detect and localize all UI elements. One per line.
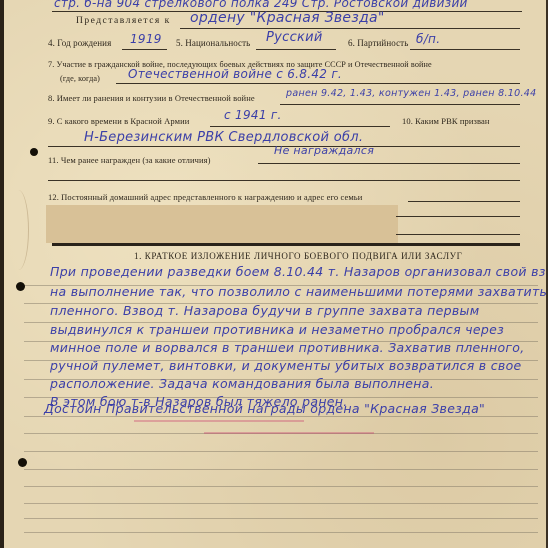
narrative-line: расположение. Задача командования была в… (50, 376, 434, 391)
prior-awards-underline-2 (48, 180, 520, 181)
presented-label: Представляется к (76, 16, 171, 26)
fold-stain (8, 190, 29, 270)
red-army-since-label: 9. С какого времени в Красной Армии (48, 116, 189, 126)
presented-value: ордену "Красная Звезда" (190, 10, 385, 26)
red-army-since-value: с 1941 г. (224, 108, 282, 122)
draft-office-label: 10. Каким РВК призван (402, 116, 489, 126)
birth-year-label: 4. Год рождения (48, 38, 111, 48)
unit-line-handwritten: стр. б-на 904 стрелкового полка 249 Стр.… (54, 0, 468, 10)
war-participation-value: Отечественной войне с 6.8.42 г. (128, 67, 342, 81)
nationality-value: Русский (266, 30, 323, 45)
party-value: б/п. (416, 32, 440, 46)
punch-hole (30, 148, 38, 156)
section-title: 1. КРАТКОЕ ИЗЛОЖЕНИЕ ЛИЧНОГО БОЕВОГО ПОД… (134, 251, 462, 261)
war-participation-sublabel: (где, когда) (60, 74, 100, 83)
party-label: 6. Партийность (348, 38, 408, 48)
narrative-line: выдвинулся к траншеи противника и незаме… (50, 322, 504, 337)
ruled-line (24, 518, 538, 519)
wounds-label: 8. Имеет ли ранения и контузии в Отечест… (48, 93, 255, 103)
ruled-line (24, 503, 538, 504)
narrative-line: При проведении разведки боем 8.10.44 т. … (50, 264, 548, 279)
stamp-trace (204, 432, 374, 434)
birth-year-underline (122, 49, 167, 50)
ruled-line (24, 532, 538, 533)
prior-awards-label: 11. Чем ранее награжден (за какие отличи… (48, 155, 211, 165)
prior-awards-underline (258, 163, 520, 164)
punch-hole (16, 282, 25, 291)
home-address-label: 12. Постоянный домашний адрес представле… (48, 192, 362, 202)
narrative-line: пленного. Взвод т. Назарова будучи в гру… (50, 303, 479, 318)
ruled-line (24, 486, 538, 487)
narrative-line: ручной пулемет, винтовки, и документы уб… (50, 358, 522, 373)
home-address-underline-2 (396, 216, 520, 217)
stamp-trace (134, 420, 304, 422)
draft-office-value: Н-Березинским РВК Свердловской обл. (84, 130, 363, 145)
narrative-line-conclusion: Достоин Правительственной награды ордена… (44, 401, 485, 416)
narrative-line: на выполнение так, что позволило с наиме… (50, 284, 547, 299)
party-underline (410, 49, 520, 50)
punch-hole (18, 458, 27, 467)
home-address-underline (408, 201, 520, 202)
red-army-since-underline (210, 126, 390, 127)
war-participation-underline (116, 83, 520, 84)
home-address-underline-3 (396, 234, 520, 235)
award-sheet-page: стр. б-на 904 стрелкового полка 249 Стр.… (4, 0, 546, 548)
home-address-redaction (46, 205, 398, 243)
nationality-underline (256, 49, 336, 50)
ruled-line (24, 416, 538, 417)
wounds-underline (280, 104, 520, 105)
nationality-label: 5. Национальность (176, 38, 250, 48)
ruled-line (24, 469, 538, 470)
wounds-value: ранен 9.42, 1.43, контужен 1.43, ранен 8… (286, 88, 536, 99)
narrative-line: минное поле и ворвался в траншеи противн… (50, 340, 524, 355)
prior-awards-value: Не награждался (274, 144, 374, 157)
birth-year-value: 1919 (130, 32, 162, 46)
presented-underline (180, 28, 520, 29)
ruled-line (24, 451, 538, 452)
section-divider (52, 243, 520, 246)
